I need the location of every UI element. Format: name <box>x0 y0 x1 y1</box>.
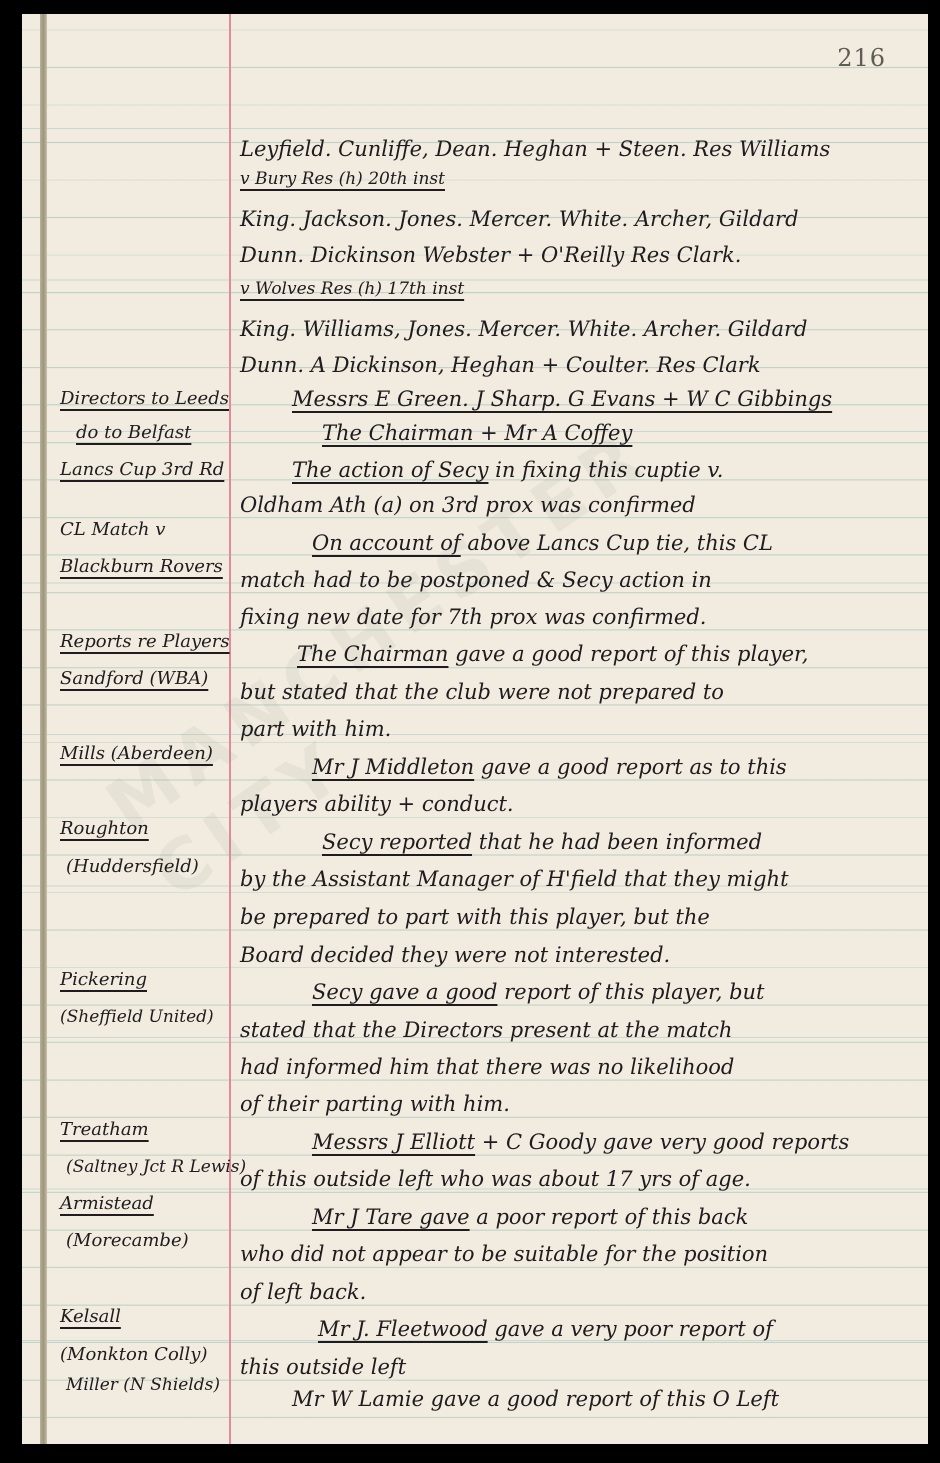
body-line: stated that the Directors present at the… <box>240 1017 920 1043</box>
body-line: but stated that the club were not prepar… <box>240 679 920 705</box>
margin-note-pickering: Pickering <box>60 967 230 993</box>
body-line-fixture-heading: v Wolves Res (h) 17th inst <box>240 276 920 302</box>
body-line: this outside left <box>240 1354 920 1380</box>
underlined-phrase: Mr J. Fleetwood <box>318 1317 488 1341</box>
margin-note-roughton: Roughton <box>60 816 230 842</box>
margin-note-blackburn: Blackburn Rovers <box>60 554 230 580</box>
margin-note-sheffield-united: (Sheffield United) <box>60 1004 230 1030</box>
margin-note-reports-players: Reports re Players <box>60 629 230 655</box>
margin-note-lancs-cup: Lancs Cup 3rd Rd <box>60 457 230 483</box>
page-binding-edge <box>40 14 47 1444</box>
body-line: Messrs E Green. J Sharp. G Evans + W C G… <box>292 386 928 412</box>
body-line: Leyfield. Cunliffe, Dean. Heghan + Steen… <box>240 136 920 162</box>
margin-note-cl-match: CL Match v <box>60 517 230 543</box>
body-line: Mr J Middleton gave a good report as to … <box>312 754 928 780</box>
underlined-phrase: Mr J Tare gave <box>312 1205 470 1229</box>
underlined-phrase: On account of <box>312 531 461 555</box>
body-line: Messrs J Elliott + C Goody gave very goo… <box>312 1129 928 1155</box>
body-line: be prepared to part with this player, bu… <box>240 904 920 930</box>
body-line: Mr J Tare gave a poor report of this bac… <box>312 1204 928 1230</box>
body-line: Oldham Ath (a) on 3rd prox was confirmed <box>240 492 920 518</box>
body-line: On account of above Lancs Cup tie, this … <box>312 530 928 556</box>
body-line-fixture-heading: v Bury Res (h) 20th inst <box>240 166 920 192</box>
margin-note-sandford: Sandford (WBA) <box>60 666 230 692</box>
body-line: match had to be postponed & Secy action … <box>240 567 920 593</box>
page-number: 216 <box>837 44 886 72</box>
body-line: fixing new date for 7th prox was confirm… <box>240 604 920 630</box>
underlined-phrase: The Chairman <box>297 642 448 666</box>
body-line: Dunn. Dickinson Webster + O'Reilly Res C… <box>240 242 920 268</box>
body-line: Mr J. Fleetwood gave a very poor report … <box>318 1316 928 1342</box>
underlined-phrase: The action of Secy <box>292 458 488 482</box>
body-line: The Chairman + Mr A Coffey <box>322 420 928 446</box>
margin-note-kelsall: Kelsall <box>60 1304 230 1330</box>
margin-note-armistead: Armistead <box>60 1191 230 1217</box>
underlined-phrase: Secy gave a good <box>312 980 497 1004</box>
body-line: who did not appear to be suitable for th… <box>240 1241 920 1267</box>
body-line: by the Assistant Manager of H'field that… <box>240 866 920 892</box>
margin-note-morecambe: (Morecambe) <box>66 1228 236 1254</box>
underlined-phrase: Mr J Middleton <box>312 755 474 779</box>
margin-note-monkton: (Monkton Colly) <box>60 1342 230 1368</box>
margin-note-treatham: Treatham <box>60 1117 230 1143</box>
body-line: of this outside left who was about 17 yr… <box>240 1166 920 1192</box>
margin-note-belfast: do to Belfast <box>76 420 246 446</box>
margin-note-directors-leeds: Directors to Leeds <box>60 386 230 412</box>
margin-note-huddersfield: (Huddersfield) <box>66 854 236 880</box>
body-line: players ability + conduct. <box>240 791 920 817</box>
underlined-phrase: Secy reported <box>322 830 472 854</box>
body-line: King. Williams, Jones. Mercer. White. Ar… <box>240 316 920 342</box>
body-line: Mr W Lamie gave a good report of this O … <box>292 1386 928 1412</box>
body-line: Dunn. A Dickinson, Heghan + Coulter. Res… <box>240 352 920 378</box>
body-line: had informed him that there was no likel… <box>240 1054 920 1080</box>
body-line: The action of Secy in fixing this cuptie… <box>292 457 928 483</box>
margin-note-miller: Miller (N Shields) <box>66 1372 236 1398</box>
body-line: The Chairman gave a good report of this … <box>297 641 928 667</box>
body-line: Secy reported that he had been informed <box>322 829 928 855</box>
body-line: Secy gave a good report of this player, … <box>312 979 928 1005</box>
underlined-phrase: Messrs J Elliott <box>312 1130 475 1154</box>
ledger-page: MANCHESTER CITY 216 Directors to Leeds d… <box>22 14 928 1444</box>
margin-note-mills: Mills (Aberdeen) <box>60 741 230 767</box>
body-line: Board decided they were not interested. <box>240 942 920 968</box>
body-line: King. Jackson. Jones. Mercer. White. Arc… <box>240 206 920 232</box>
body-line: part with him. <box>240 716 920 742</box>
body-line: of left back. <box>240 1279 920 1305</box>
margin-note-saltney: (Saltney Jct R Lewis) <box>66 1154 236 1180</box>
body-line: of their parting with him. <box>240 1091 920 1117</box>
